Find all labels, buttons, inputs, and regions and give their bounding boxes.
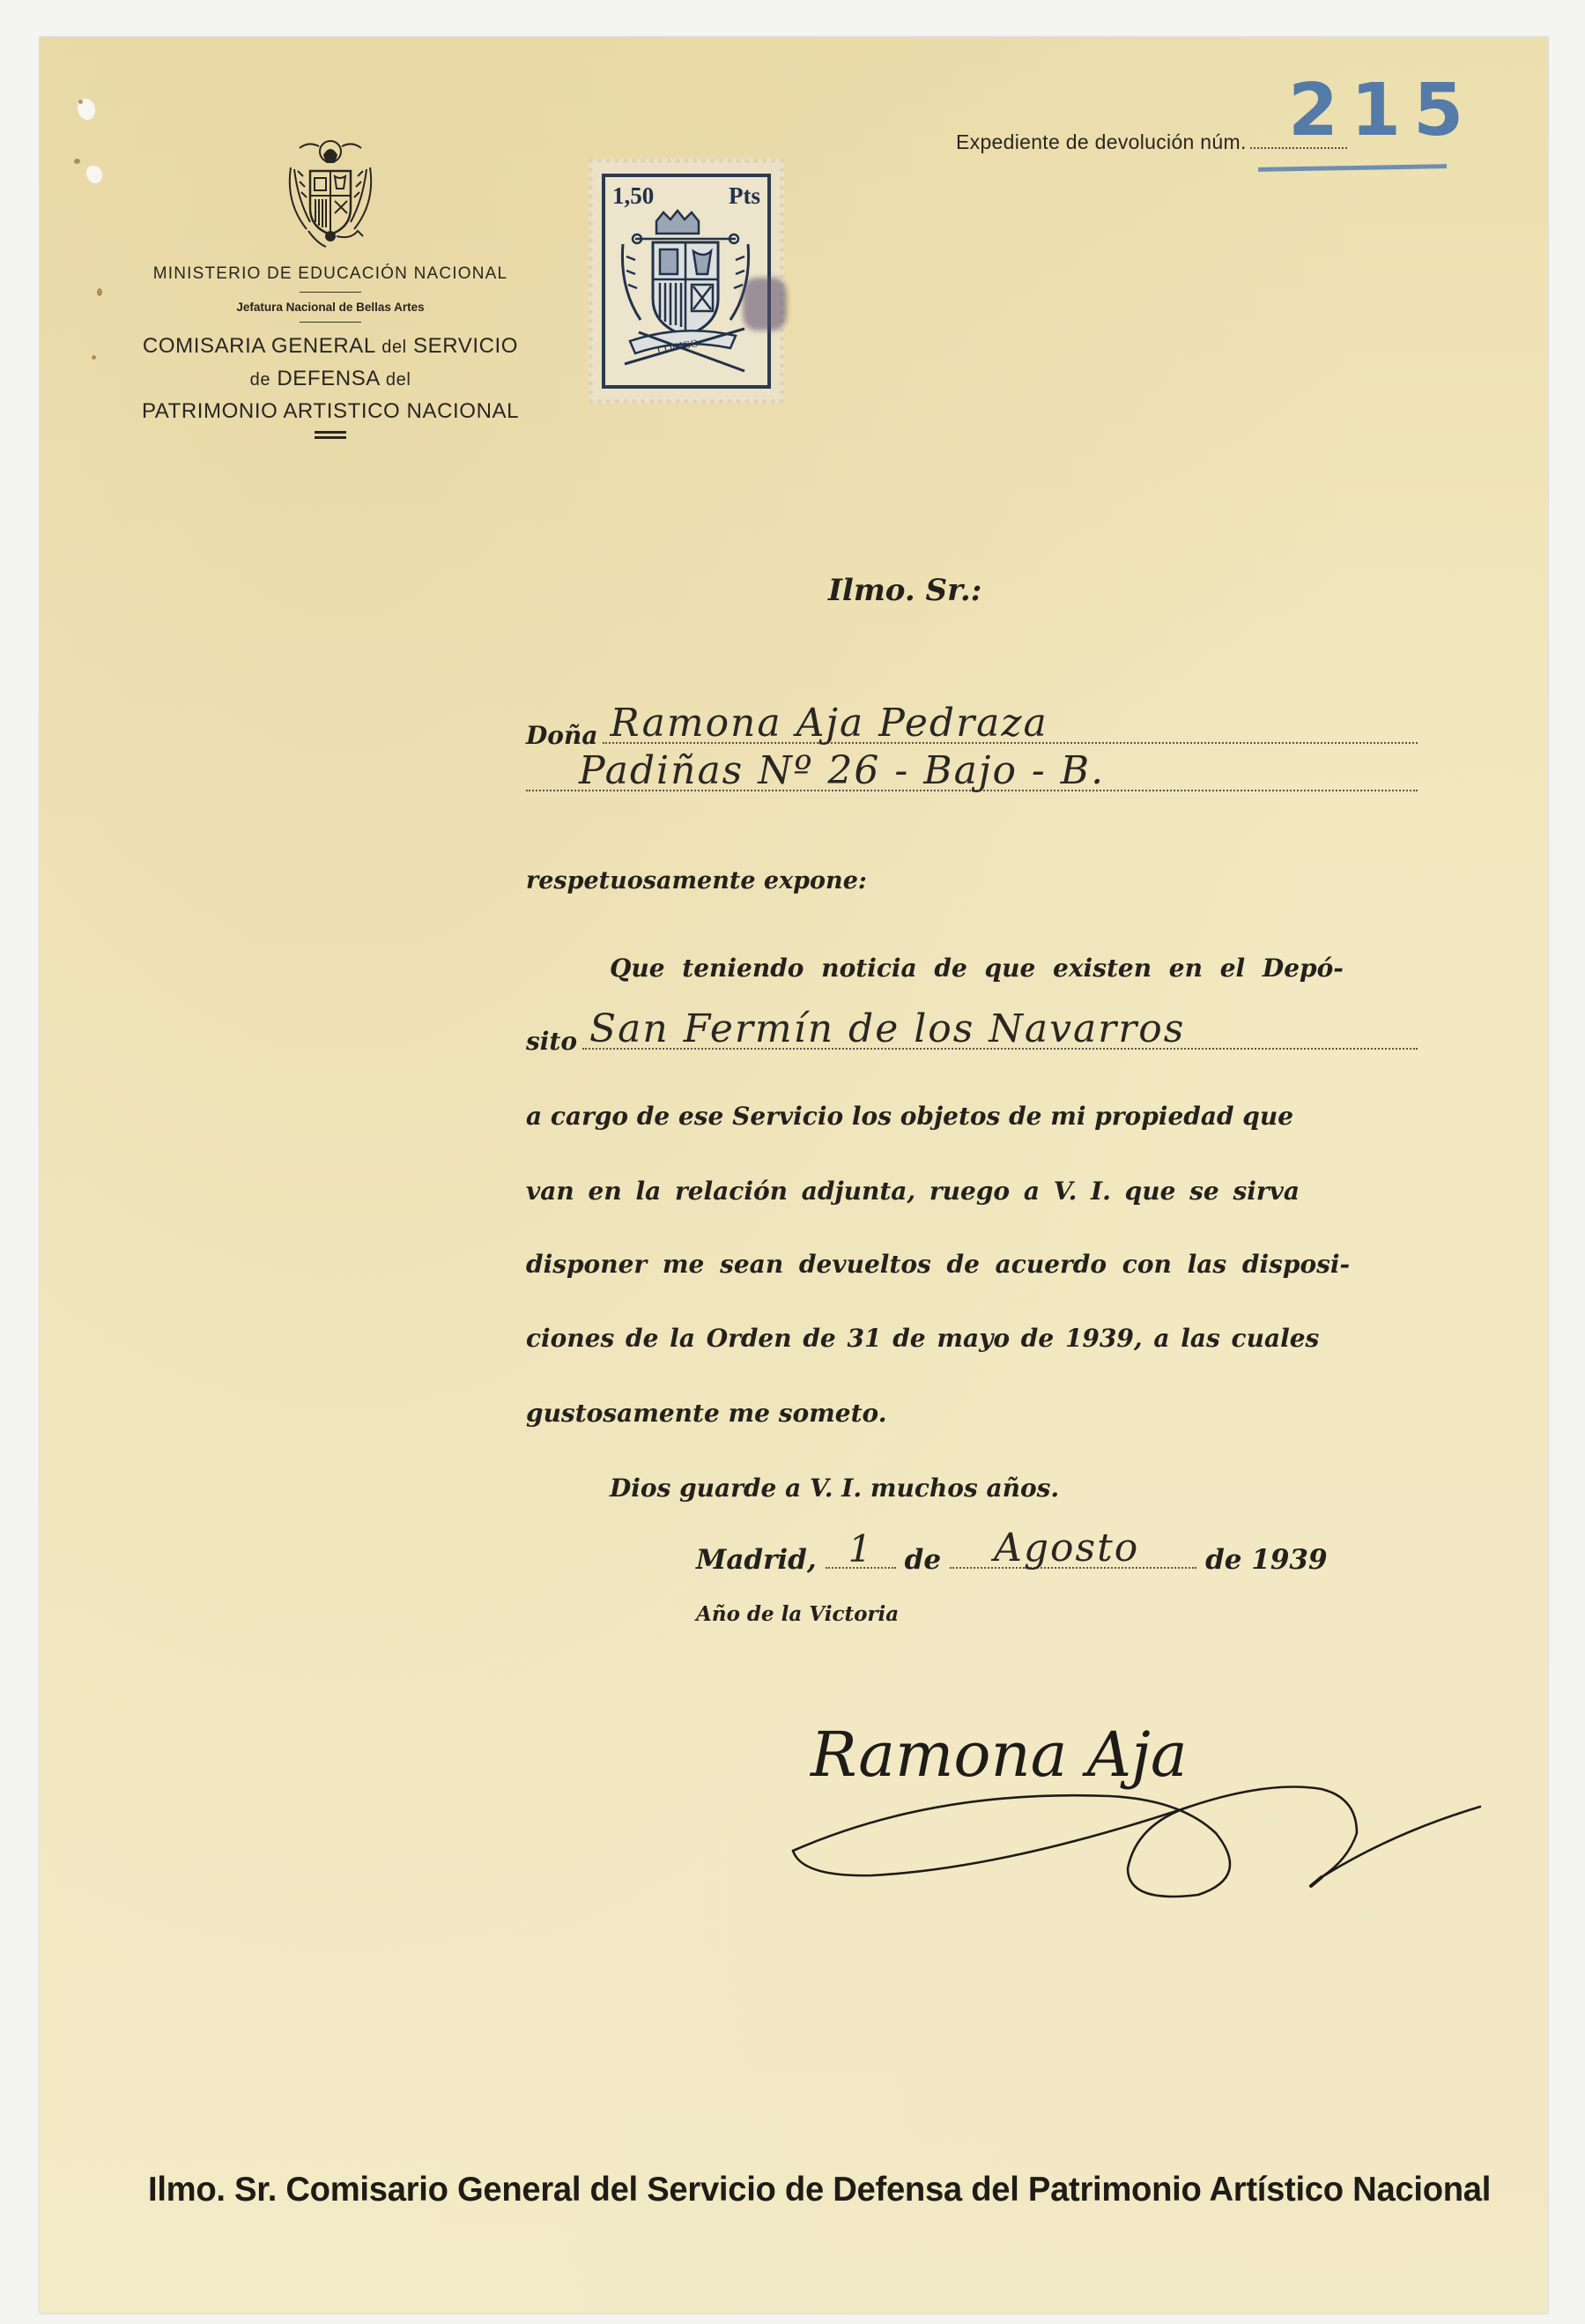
body-text: Que teniendo noticia de que existen en e… [610, 954, 1344, 983]
name-field: Ramona Aja Pedraza [603, 741, 1418, 744]
handwritten-day: 1 [848, 1527, 874, 1570]
body-line-1: Que teniendo noticia de que existen en e… [610, 954, 1418, 983]
office-line: DEFENSA [277, 367, 379, 390]
office-name: COMISARIA GENERAL del SERVICIO de DEFENS… [88, 330, 573, 427]
date-line: Madrid, 1 de Agosto de 1939 [696, 1544, 1328, 1576]
office-line: SERVICIO [413, 334, 518, 358]
deposit-field: San Fermín de los Navarros [582, 1047, 1418, 1050]
closing: Dios guarde a V. I. muchos años. [610, 1474, 1501, 1503]
city: Madrid, [696, 1544, 817, 1576]
file-number-value: 215 [1288, 69, 1476, 152]
intro-text: respetuosamente expone: [526, 867, 1418, 895]
handwritten-name: Ramona Aja Pedraza [610, 701, 1048, 746]
postmark-smudge [743, 278, 787, 330]
title-label: Doña [526, 721, 597, 750]
handwritten-month: Agosto [994, 1526, 1139, 1570]
date-connector: de [905, 1544, 941, 1576]
divider [300, 322, 361, 323]
office-line: del [381, 338, 407, 357]
body-line-3: a cargo de ese Servicio los objetos de m… [526, 1102, 1418, 1131]
stamp-frame: 1,50 Pts CODIGO [602, 174, 771, 389]
stamp-value: 1,50 [612, 182, 654, 210]
rust-spot [78, 100, 83, 104]
handwritten-deposit: San Fermín de los Navarros [589, 1006, 1185, 1051]
office-line: PATRIMONIO ARTISTICO NACIONAL [88, 396, 573, 427]
petitioner-name-line: Doña Ramona Aja Pedraza [526, 721, 1418, 750]
office-line: COMISARIA GENERAL [143, 334, 375, 358]
address-field: Padiñas Nº 26 - Bajo - B. [526, 789, 1418, 791]
addressee-footer: Ilmo. Sr. Comisario General del Servicio… [148, 2171, 1491, 2209]
signature: Ramona Aja [775, 1657, 1498, 1921]
salutation: Ilmo. Sr.: [828, 573, 981, 608]
letterhead: MINISTERIO DE EDUCACIÓN NACIONAL Jefatur… [88, 132, 573, 439]
department-name: Jefatura Nacional de Bellas Artes [88, 301, 573, 314]
petitioner-address-line: Padiñas Nº 26 - Bajo - B. [526, 789, 1418, 824]
spanish-coat-of-arms-icon: CODIGO [612, 209, 759, 382]
era-label: Año de la Victoria [696, 1602, 899, 1626]
divider [300, 292, 361, 293]
deposit-line: sito San Fermín de los Navarros [526, 1027, 1418, 1056]
ministry-name: MINISTERIO DE EDUCACIÓN NACIONAL [88, 264, 573, 284]
year: de 1939 [1205, 1544, 1327, 1576]
file-number-caption: Expediente de devolución núm. [956, 130, 1247, 153]
body-text: sito [526, 1027, 577, 1056]
body-line-7: gustosamente me someto. [526, 1399, 1418, 1428]
month-field: Agosto [950, 1566, 1196, 1569]
coat-of-arms-eagle-icon [282, 132, 379, 256]
office-line: del [386, 370, 411, 390]
office-line: de [250, 370, 270, 390]
signature-flourish: Ramona Aja [775, 1657, 1498, 1921]
body-line-4: van en la relación adjunta, ruego a V. I… [526, 1177, 1418, 1206]
handwritten-address: Padiñas Nº 26 - Bajo - B. [579, 748, 1105, 793]
stamp-unit: Pts [729, 182, 760, 210]
revenue-stamp: 1,50 Pts CODIGO [589, 159, 784, 404]
double-rule [315, 431, 346, 439]
body-line-6: ciones de la Orden de 31 de mayo de 1939… [526, 1324, 1418, 1353]
rust-spot [74, 159, 80, 164]
svg-text:Ramona Aja: Ramona Aja [809, 1719, 1188, 1791]
body-line-5: disponer me sean devueltos de acuerdo co… [526, 1250, 1418, 1279]
day-field: 1 [826, 1566, 896, 1569]
